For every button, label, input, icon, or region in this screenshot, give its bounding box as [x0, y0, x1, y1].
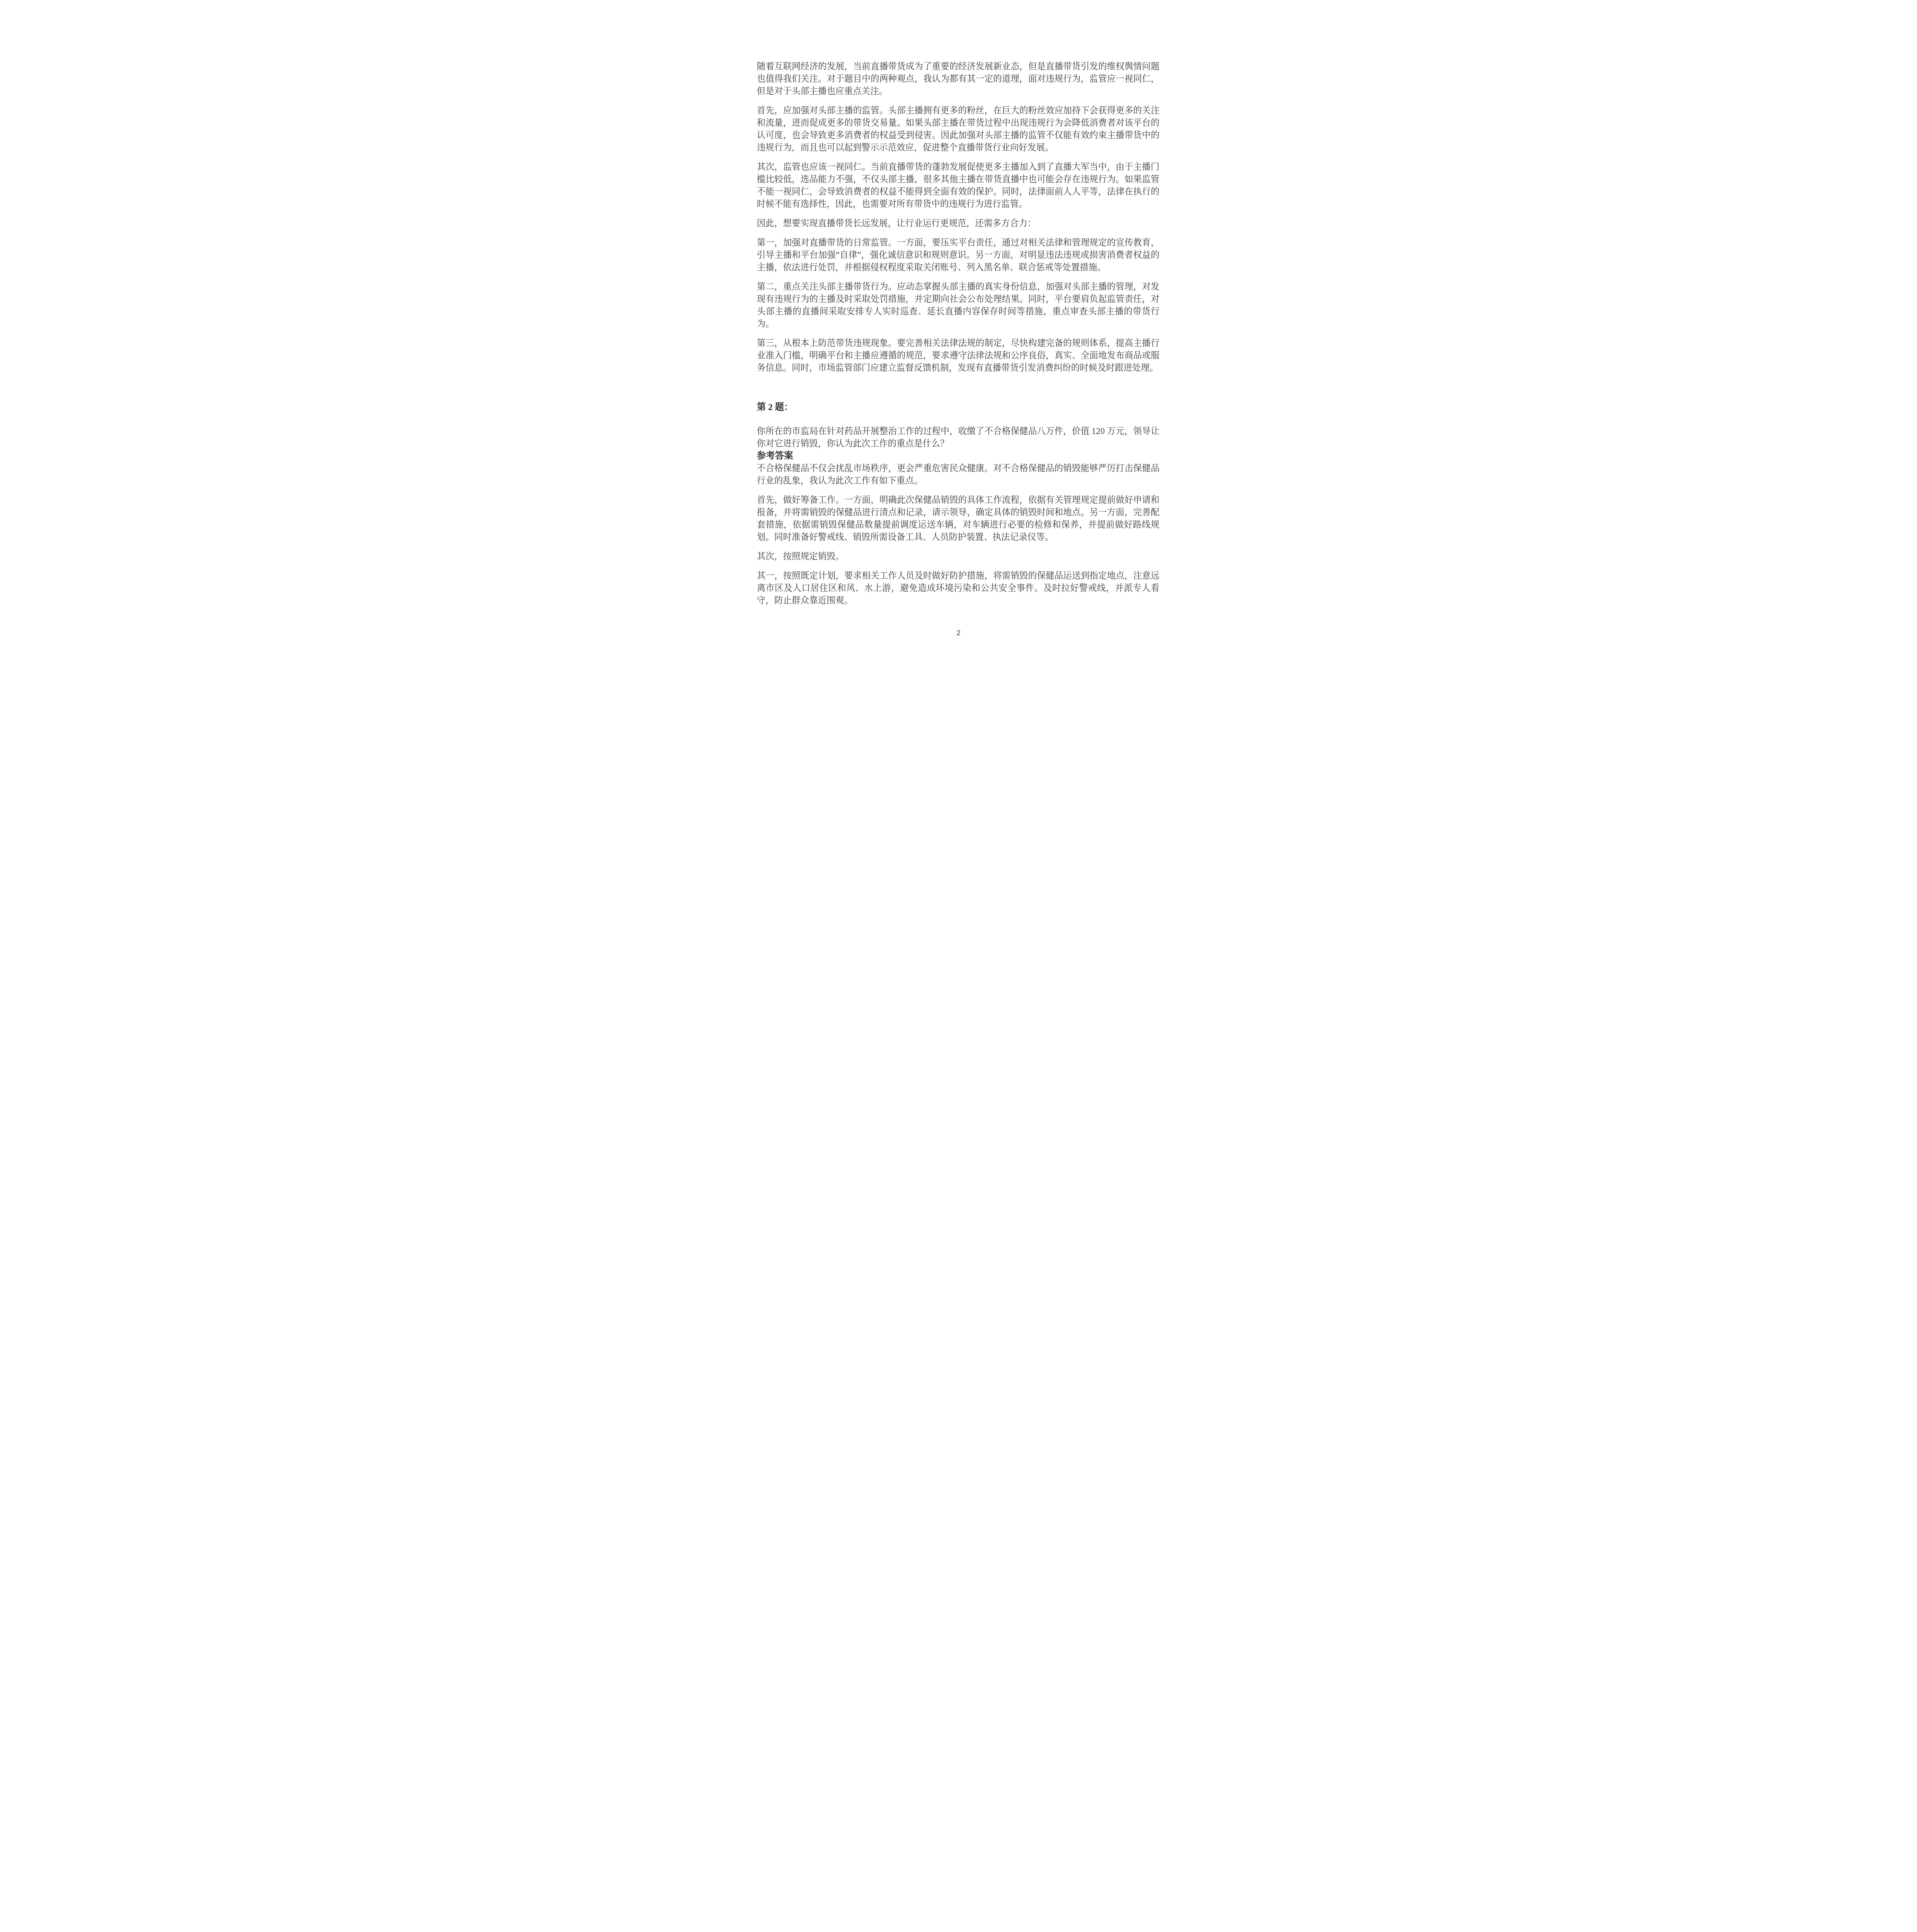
answer2-paragraph-intro: 不合格保健品不仅会扰乱市场秩序，更会严重危害民众健康。对不合格保健品的销毁能够严…: [757, 462, 1160, 487]
page-footer: 2: [719, 629, 1198, 637]
page-number: 2: [956, 629, 960, 637]
answer2-paragraph-destroy: 其次，按照规定销毁。: [757, 550, 1160, 563]
reference-answer-heading: 参考答案: [757, 450, 1160, 462]
answer1-paragraph-point3: 第三，从根本上防范带货违规现象。要完善相关法律法规的制定，尽快构建完备的规则体系…: [757, 337, 1160, 374]
question-2-text: 你所在的市监局在针对药品开展整治工作的过程中，收缴了不合格保健品八万件，价值 1…: [757, 425, 1160, 450]
answer1-paragraph-intro: 随着互联网经济的发展，当前直播带货成为了重要的经济发展新业态，但是直播带货引发的…: [757, 60, 1160, 97]
answer1-paragraph-second: 其次，监管也应该一视同仁。当前直播带货的蓬勃发展促使更多主播加入到了直播大军当中…: [757, 161, 1160, 210]
answer2-paragraph-preparation: 首先，做好筹备工作。一方面，明确此次保健品销毁的具体工作流程，依据有关管理规定提…: [757, 494, 1160, 543]
answer1-paragraph-transition: 因此，想要实现直播带货长远发展，让行业运行更规范，还需多方合力：: [757, 217, 1160, 230]
answer1-paragraph-first: 首先，应加强对头部主播的监管。头部主播拥有更多的粉丝，在巨大的粉丝效应加持下会获…: [757, 104, 1160, 154]
document-page: 随着互联网经济的发展，当前直播带货成为了重要的经济发展新业态，但是直播带货引发的…: [719, 0, 1198, 678]
question-2-heading: 第 2 题：: [757, 401, 1160, 413]
answer1-paragraph-point1: 第一，加强对直播带货的日常监管。一方面，要压实平台责任，通过对相关法律和管理规定…: [757, 236, 1160, 274]
answer2-paragraph-plan: 其一，按照既定计划，要求相关工作人员及时做好防护措施，将需销毁的保健品运送到指定…: [757, 570, 1160, 607]
answer1-paragraph-point2: 第二，重点关注头部主播带货行为。应动态掌握头部主播的真实身份信息，加强对头部主播…: [757, 281, 1160, 330]
page-content: 随着互联网经济的发展，当前直播带货成为了重要的经济发展新业态，但是直播带货引发的…: [719, 0, 1198, 607]
